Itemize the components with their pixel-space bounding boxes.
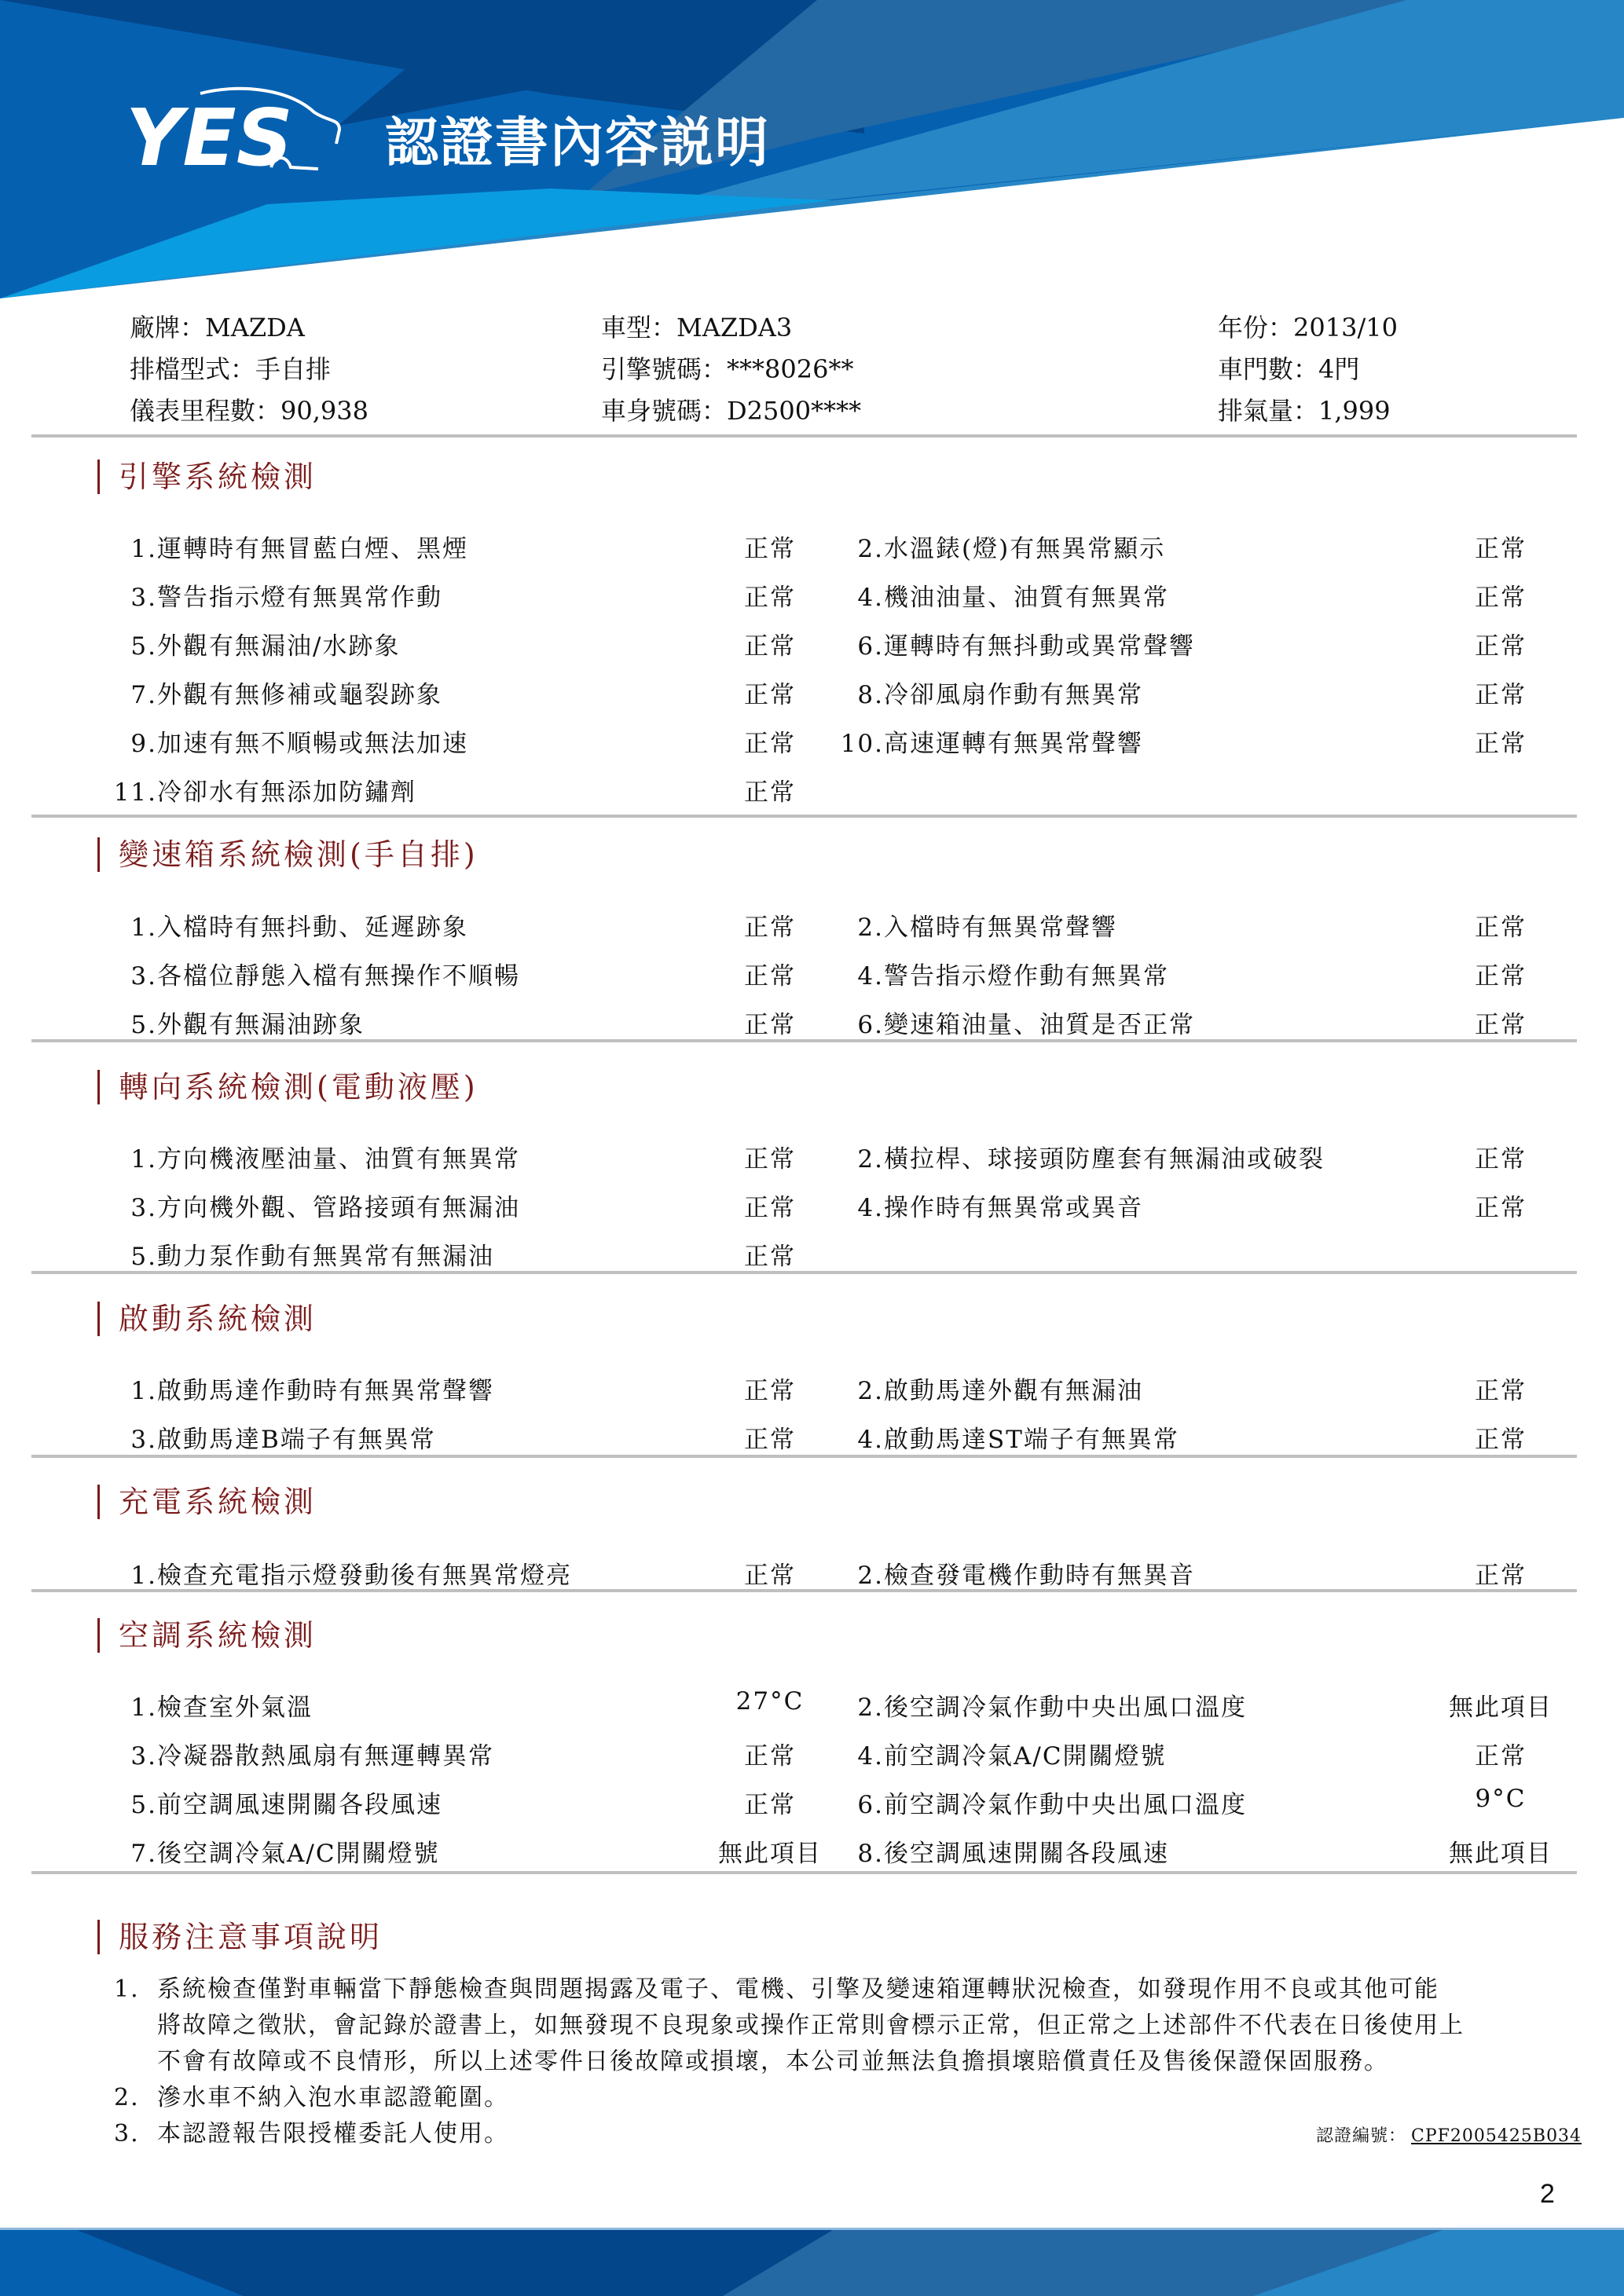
inspection-item: 2.水溫錶(燈)有無異常顯示 xyxy=(837,529,1165,564)
inspection-item: 8.冷卻風扇作動有無異常 xyxy=(837,675,1143,710)
inspection-item: 6.變速箱油量、油質是否正常 xyxy=(837,1005,1195,1040)
info-row-2: 排檔型式：手自排 引擎號碼：***8026** 車門數：4門 xyxy=(130,350,1544,391)
inspection-result: 正常 xyxy=(711,626,829,661)
inspection-result: 正常 xyxy=(711,675,829,710)
header-banner: YES 認證書內容説明 xyxy=(0,0,1624,298)
inspection-result: 正常 xyxy=(1442,577,1560,613)
inspection-item: 3.各檔位靜態入檔有無操作不順暢 xyxy=(110,956,520,991)
inspection-item: 3.方向機外觀、管路接頭有無漏油 xyxy=(110,1188,520,1223)
inspection-result: 正常 xyxy=(711,577,829,613)
inspection-item: 8.後空調風速開關各段風速 xyxy=(837,1833,1169,1869)
inspection-item: 5.外觀有無漏油跡象 xyxy=(110,1005,365,1040)
inspection-result: 正常 xyxy=(711,772,829,807)
page-number: 2 xyxy=(1540,2179,1555,2210)
displacement-field: 排氣量：1,999 xyxy=(1218,391,1391,427)
inspection-result: 正常 xyxy=(1442,723,1560,759)
inspection-item: 7.外觀有無修補或龜裂跡象 xyxy=(110,675,442,710)
inspection-result: 正常 xyxy=(1442,626,1560,661)
mileage-field: 儀表里程數：90,938 xyxy=(130,391,368,427)
inspection-result: 正常 xyxy=(1442,1419,1560,1455)
divider xyxy=(31,1271,1577,1274)
inspection-result: 正常 xyxy=(711,1236,829,1272)
note-item: 2. 滲水車不納入泡水車認證範圍。 xyxy=(114,2080,1560,2116)
vin-field: 車身號碼：D2500**** xyxy=(601,391,861,427)
inspection-item: 1.啟動馬達作動時有無異常聲響 xyxy=(110,1371,494,1406)
inspection-result: 正常 xyxy=(711,1005,829,1040)
inspection-item: 2.橫拉桿、球接頭防塵套有無漏油或破裂 xyxy=(837,1139,1325,1174)
divider xyxy=(31,434,1577,438)
inspection-item: 4.前空調冷氣A/C開關燈號 xyxy=(837,1736,1167,1771)
model-field: 車型：MAZDA3 xyxy=(601,308,792,344)
inspection-item: 1.檢查室外氣溫 xyxy=(110,1687,313,1723)
section-title: 變速箱系統檢測(手自排) xyxy=(97,837,478,872)
inspection-item: 3.啟動馬達B端子有無異常 xyxy=(110,1419,436,1455)
inspection-result: 27°C xyxy=(711,1687,829,1716)
inspection-result: 正常 xyxy=(1442,1005,1560,1040)
inspection-item: 9.加速有無不順暢或無法加速 xyxy=(110,723,468,759)
inspection-result: 正常 xyxy=(1442,1139,1560,1174)
svg-text:YES: YES xyxy=(126,92,293,181)
inspection-item: 7.後空調冷氣A/C開關燈號 xyxy=(110,1833,440,1869)
inspection-item: 1.方向機液壓油量、油質有無異常 xyxy=(110,1139,520,1174)
inspection-result: 正常 xyxy=(711,529,829,564)
inspection-result: 正常 xyxy=(711,1555,829,1591)
inspection-result: 正常 xyxy=(711,1736,829,1771)
inspection-item: 4.操作時有無異常或異音 xyxy=(837,1188,1143,1223)
engine-number-field: 引擎號碼：***8026** xyxy=(601,350,853,386)
section-title: 空調系統檢測 xyxy=(97,1618,317,1653)
inspection-result: 正常 xyxy=(1442,1371,1560,1406)
transmission-field: 排檔型式：手自排 xyxy=(130,350,331,386)
footer-banner xyxy=(0,2228,1624,2296)
brand-field: 廠牌：MAZDA xyxy=(130,308,305,344)
divider xyxy=(31,1039,1577,1042)
divider xyxy=(31,1455,1577,1458)
inspection-item: 5.前空調風速開關各段風速 xyxy=(110,1785,442,1820)
info-row-1: 廠牌：MAZDA 車型：MAZDA3 年份：2013/10 xyxy=(130,308,1544,350)
inspection-item: 3.警告指示燈有無異常作動 xyxy=(110,577,442,613)
inspection-result: 無此項目 xyxy=(1442,1833,1560,1869)
inspection-result: 9°C xyxy=(1442,1785,1560,1813)
inspection-item: 3.冷凝器散熱風扇有無運轉異常 xyxy=(110,1736,494,1771)
note-item: 1. 系統檢查僅對車輛當下靜態檢查與問題揭露及電子、電機、引擎及變速箱運轉狀況檢… xyxy=(114,1972,1560,2080)
inspection-item: 1.入檔時有無抖動、延遲跡象 xyxy=(110,907,468,943)
inspection-result: 正常 xyxy=(711,956,829,991)
inspection-result: 正常 xyxy=(1442,1555,1560,1591)
inspection-item: 2.啟動馬達外觀有無漏油 xyxy=(837,1371,1143,1406)
divider xyxy=(31,815,1577,818)
inspection-item: 4.警告指示燈作動有無異常 xyxy=(837,956,1169,991)
inspection-item: 6.運轉時有無抖動或異常聲響 xyxy=(837,626,1195,661)
inspection-result: 正常 xyxy=(711,907,829,943)
inspection-result: 正常 xyxy=(1442,1736,1560,1771)
inspection-item: 4.機油油量、油質有無異常 xyxy=(837,577,1169,613)
inspection-result: 無此項目 xyxy=(1442,1687,1560,1723)
divider xyxy=(31,1871,1577,1874)
inspection-item: 1.檢查充電指示燈發動後有無異常燈亮 xyxy=(110,1555,572,1591)
inspection-item: 6.前空調冷氣作動中央出風口溫度 xyxy=(837,1785,1247,1820)
inspection-result: 無此項目 xyxy=(711,1833,829,1869)
inspection-item: 1.運轉時有無冒藍白煙、黑煙 xyxy=(110,529,468,564)
inspection-result: 正常 xyxy=(711,1419,829,1455)
inspection-item: 2.入檔時有無異常聲響 xyxy=(837,907,1117,943)
document-title: 認證書內容説明 xyxy=(385,101,770,177)
year-field: 年份：2013/10 xyxy=(1218,308,1398,344)
certificate-number: 認證編號：CPF2005425B034 xyxy=(1316,2122,1586,2147)
inspection-result: 正常 xyxy=(711,1139,829,1174)
section-title-notes: 服務注意事項說明 xyxy=(97,1920,383,1954)
vehicle-info: 廠牌：MAZDA 車型：MAZDA3 年份：2013/10 排檔型式：手自排 引… xyxy=(130,308,1544,433)
inspection-result: 正常 xyxy=(711,1188,829,1223)
info-row-3: 儀表里程數：90,938 車身號碼：D2500**** 排氣量：1,999 xyxy=(130,391,1544,433)
inspection-result: 正常 xyxy=(1442,1188,1560,1223)
inspection-result: 正常 xyxy=(711,1371,829,1406)
inspection-item: 2.後空調冷氣作動中央出風口溫度 xyxy=(837,1687,1247,1723)
inspection-item: 4.啟動馬達ST端子有無異常 xyxy=(837,1419,1179,1455)
inspection-item: 5.外觀有無漏油/水跡象 xyxy=(110,626,400,661)
inspection-result: 正常 xyxy=(711,1785,829,1820)
section-title: 轉向系統檢測(電動液壓) xyxy=(97,1070,478,1104)
inspection-item: 11.冷卻水有無添加防鏽劑 xyxy=(110,772,416,807)
divider xyxy=(31,1589,1577,1592)
section-title: 引擎系統檢測 xyxy=(97,460,317,494)
inspection-result: 正常 xyxy=(711,723,829,759)
inspection-item: 2.檢查發電機作動時有無異音 xyxy=(837,1555,1195,1591)
section-title: 啟動系統檢測 xyxy=(97,1302,317,1336)
inspection-result: 正常 xyxy=(1442,675,1560,710)
inspection-result: 正常 xyxy=(1442,907,1560,943)
inspection-item: 10.高速運轉有無異常聲響 xyxy=(837,723,1143,759)
section-title: 充電系統檢測 xyxy=(97,1485,317,1519)
inspection-result: 正常 xyxy=(1442,529,1560,564)
inspection-item: 5.動力泵作動有無異常有無漏油 xyxy=(110,1236,494,1272)
doors-field: 車門數：4門 xyxy=(1218,350,1359,386)
yes-logo: YES xyxy=(126,82,361,181)
inspection-result: 正常 xyxy=(1442,956,1560,991)
